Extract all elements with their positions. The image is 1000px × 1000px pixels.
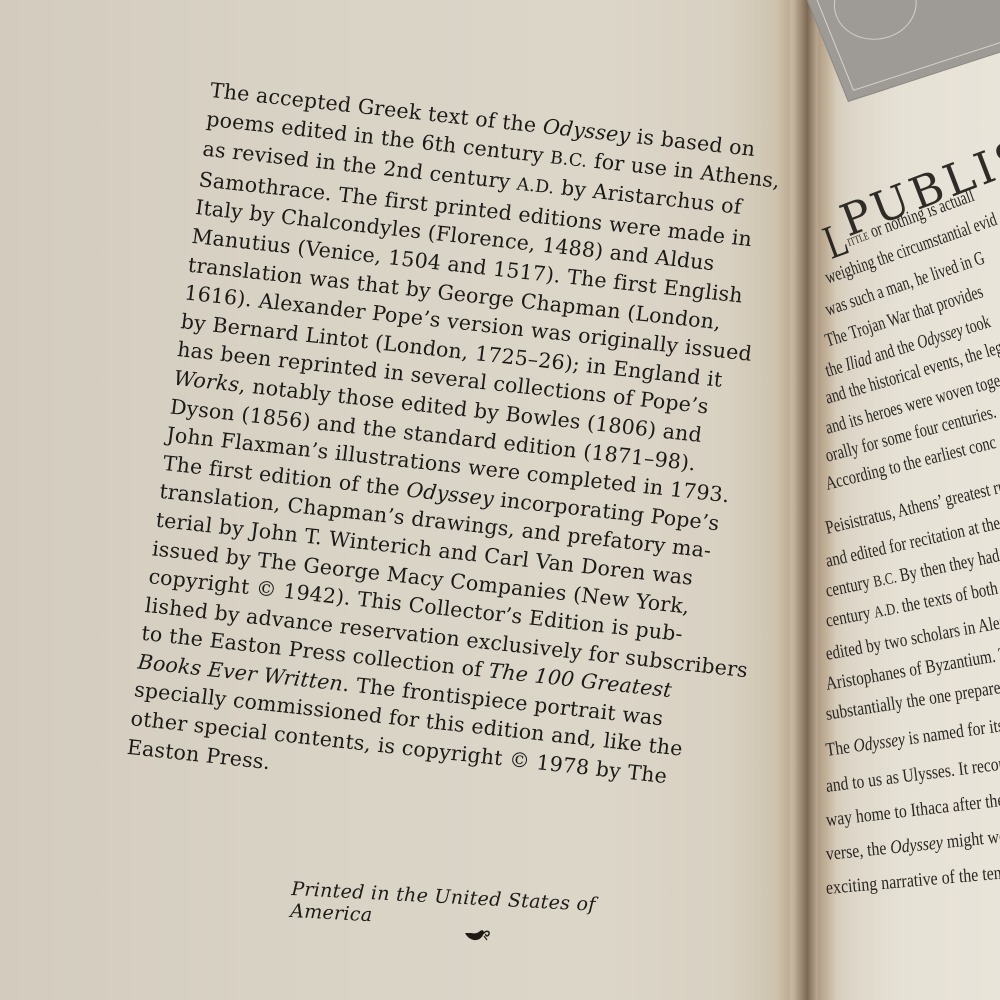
right-page-text-run: A.D. [872,600,900,621]
right-page-text-run: The [824,736,855,761]
colophon-text-run: B.C. [549,148,589,172]
leaf-dove-ornament-icon [463,925,493,945]
colophon-text-block: The accepted Greek text of the Odyssey i… [125,76,728,817]
open-book: The accepted Greek text of the Odyssey i… [0,0,1000,1000]
colophon-text-run: A.D. [516,175,556,199]
right-page-text-run: Odyssey [889,832,944,858]
colophon-text-run: Works [172,366,240,397]
